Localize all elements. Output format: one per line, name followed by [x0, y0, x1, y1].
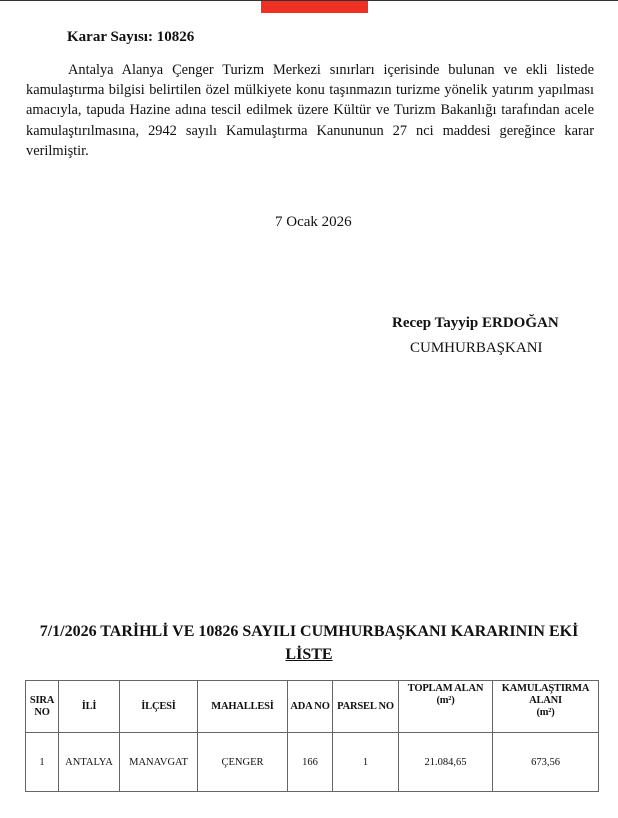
col-kamulastirma-alani: KAMULAŞTIRMA ALANI (m²)	[493, 681, 599, 733]
table-row: 1 ANTALYA MANAVGAT ÇENGER 166 1 21.084,6…	[26, 733, 599, 792]
col-ili: İLİ	[59, 681, 120, 733]
decision-paragraph: Antalya Alanya Çenger Turizm Merkezi sın…	[26, 60, 594, 161]
cell-toplam-alan: 21.084,65	[399, 733, 493, 792]
col-toplam-alan-label: TOPLAM ALAN	[401, 683, 490, 695]
col-sira-no: SIRA NO	[26, 681, 59, 733]
cell-sira-no: 1	[26, 733, 59, 792]
signer-title: CUMHURBAŞKANI	[410, 340, 543, 357]
cell-ili: ANTALYA	[59, 733, 120, 792]
expropriation-table: SIRA NO İLİ İLÇESİ MAHALLESİ ADA NO PARS…	[25, 680, 599, 792]
cell-kamulastirma-alani: 673,56	[493, 733, 599, 792]
decision-date: 7 Ocak 2026	[275, 214, 352, 231]
col-mahallesi: MAHALLESİ	[198, 681, 288, 733]
cell-ilcesi: MANAVGAT	[120, 733, 198, 792]
signer-name: Recep Tayyip ERDOĞAN	[392, 315, 559, 332]
col-toplam-alan: TOPLAM ALAN (m²)	[399, 681, 493, 733]
decision-number: Karar Sayısı: 10826	[67, 29, 194, 46]
col-ilcesi: İLÇESİ	[120, 681, 198, 733]
col-ada-no: ADA NO	[288, 681, 333, 733]
col-parsel-no: PARSEL NO	[333, 681, 399, 733]
col-kamulastirma-alani-unit: (m²)	[495, 707, 596, 719]
cell-parsel-no: 1	[333, 733, 399, 792]
red-header-bar	[261, 1, 368, 13]
table-header-row: SIRA NO İLİ İLÇESİ MAHALLESİ ADA NO PARS…	[26, 681, 599, 733]
col-kamulastirma-alani-label: KAMULAŞTIRMA ALANI	[495, 683, 596, 707]
cell-ada-no: 166	[288, 733, 333, 792]
list-title-line2: LİSTE	[0, 643, 618, 666]
cell-mahallesi: ÇENGER	[198, 733, 288, 792]
list-title-line1: 7/1/2026 TARİHLİ VE 10826 SAYILI CUMHURB…	[0, 620, 618, 643]
col-toplam-alan-unit: (m²)	[401, 695, 490, 707]
list-title: 7/1/2026 TARİHLİ VE 10826 SAYILI CUMHURB…	[0, 620, 618, 666]
